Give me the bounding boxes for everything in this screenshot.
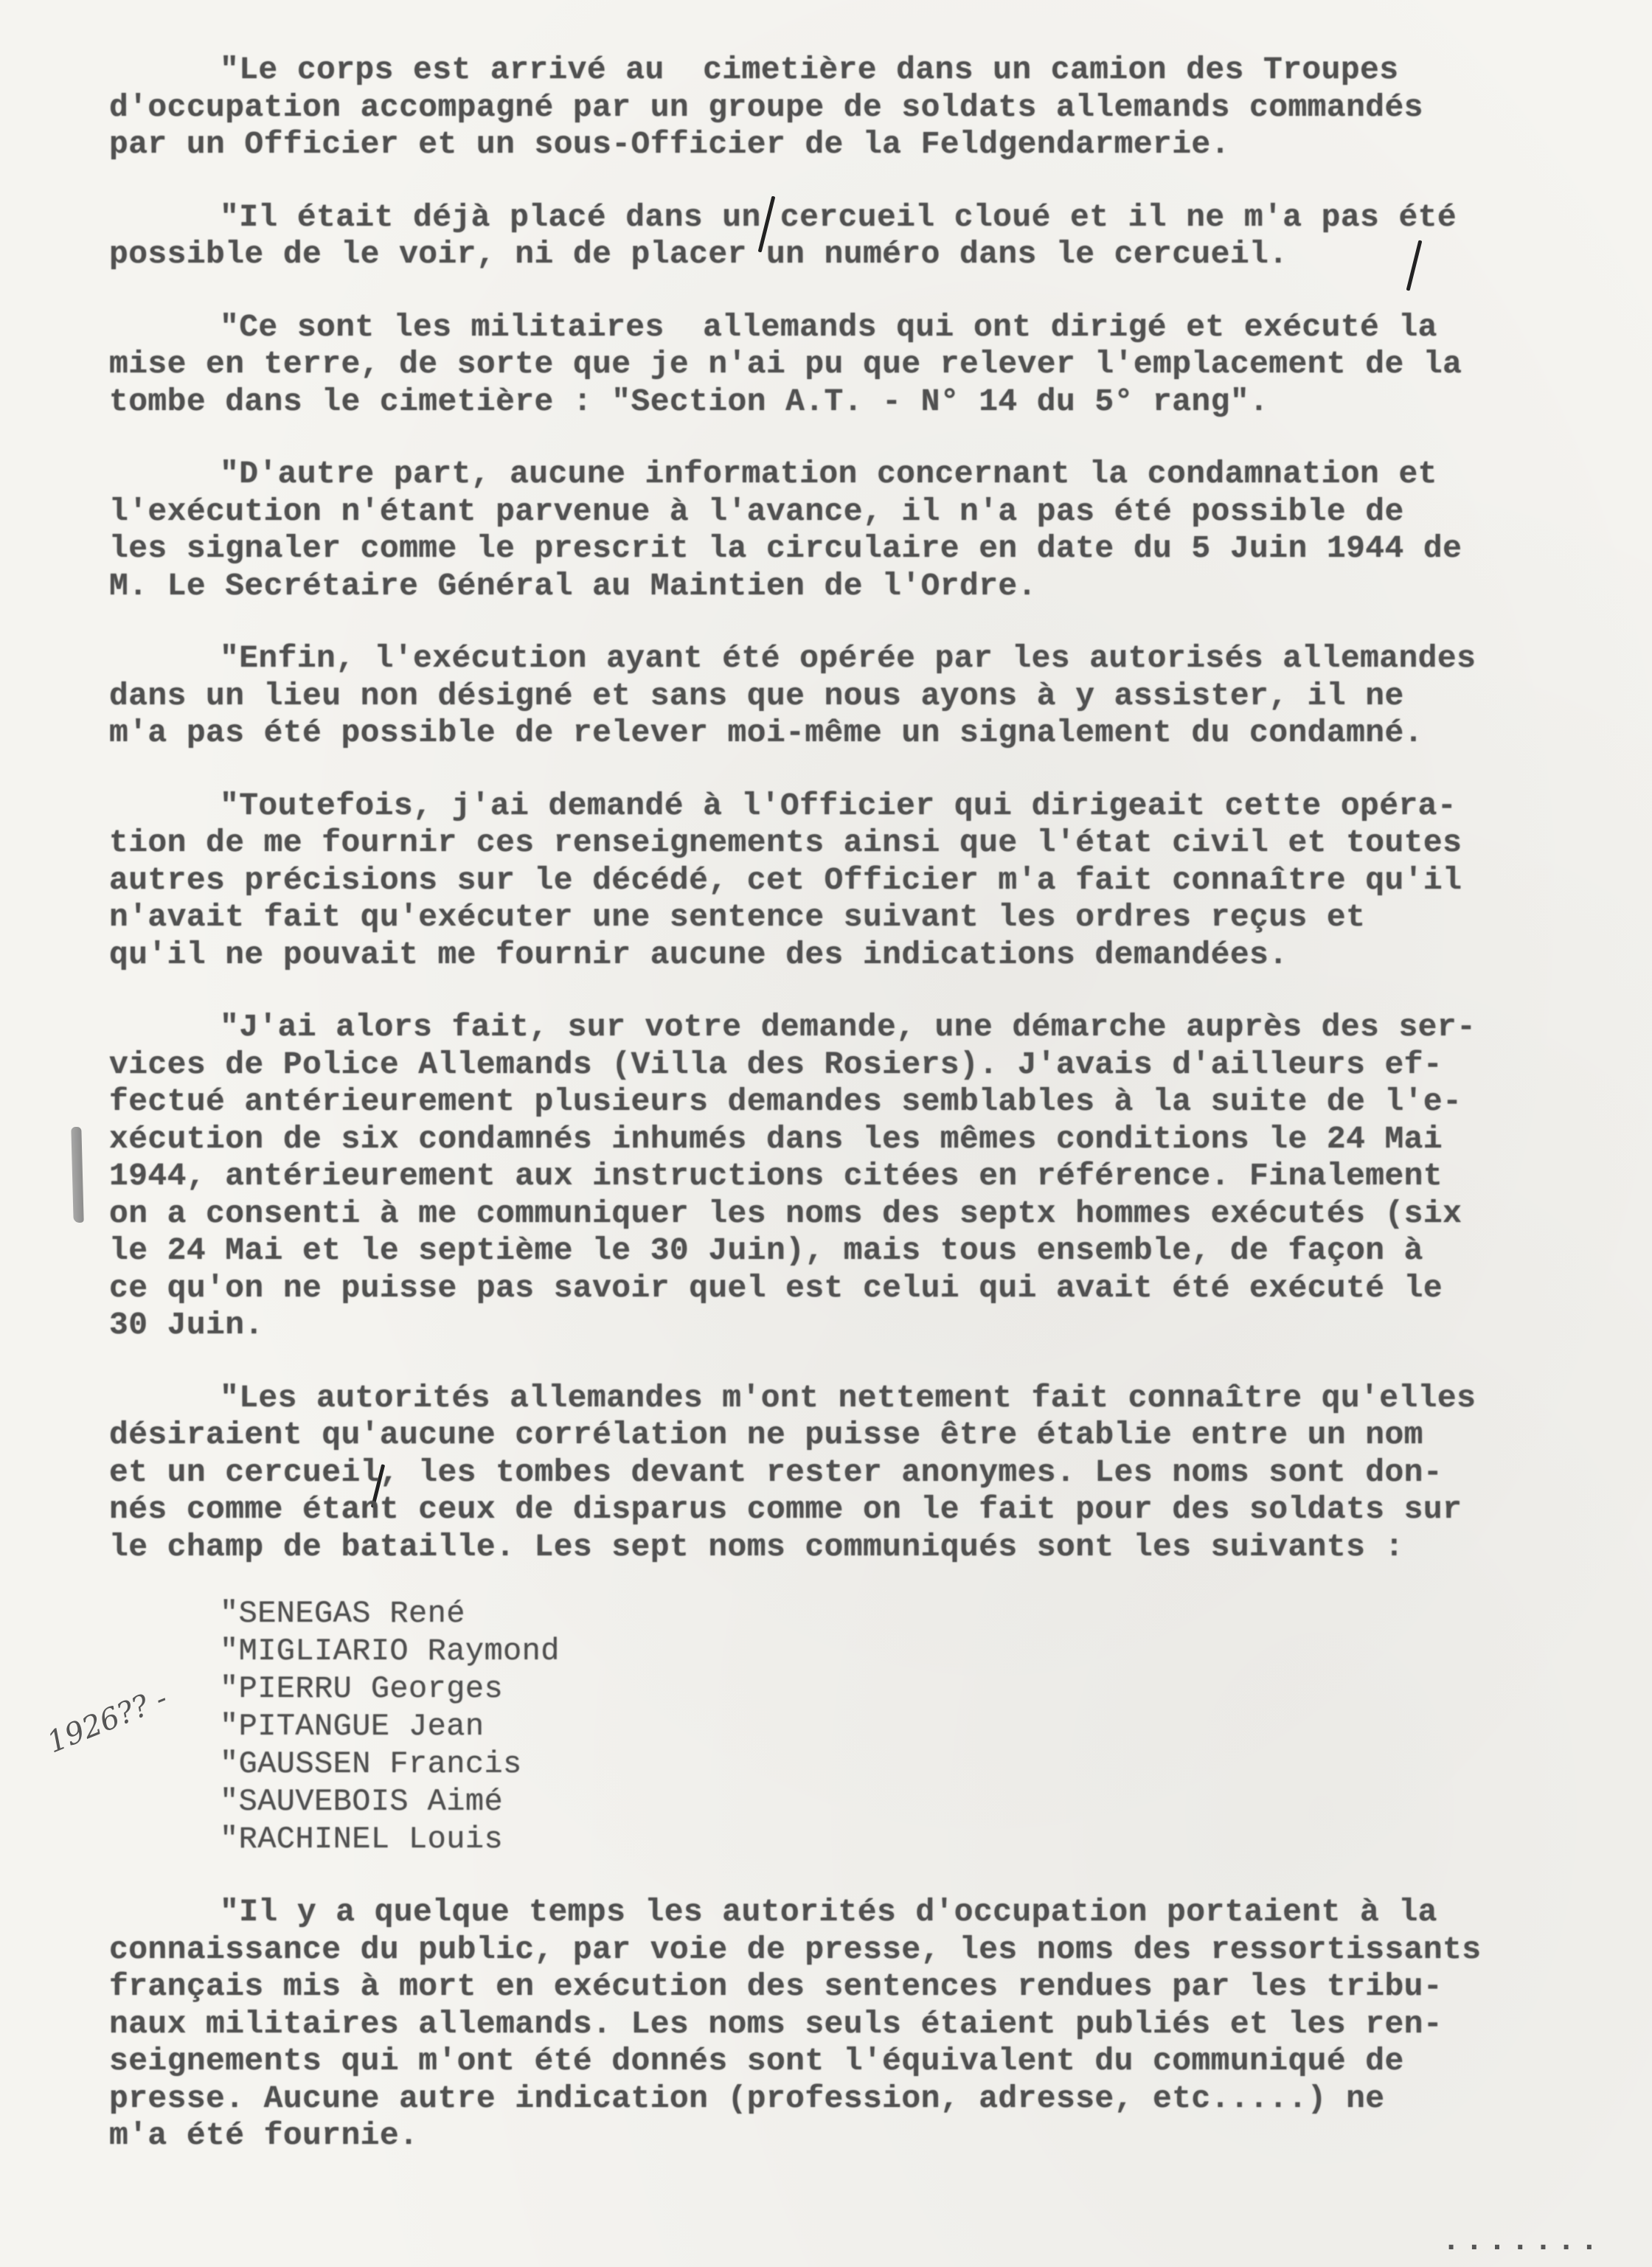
text-line: mise en terre, de sorte que je n'ai pu q… — [109, 346, 1652, 383]
paragraph-police-request: "J'ai alors fait, sur votre demande, une… — [109, 1009, 1652, 1344]
paragraph-coffin: "Il était déjà placé dans un cercueil cl… — [109, 199, 1652, 274]
text-line: "D'autre part, aucune information concer… — [109, 456, 1652, 493]
text-line: l'exécution n'étant parvenue à l'avance,… — [109, 493, 1652, 531]
text-line: autres précisions sur le décédé, cet Off… — [109, 862, 1652, 900]
document-body: "Le corps est arrivé au cimetière dans u… — [109, 52, 1652, 2190]
text-line: "Il y a quelque temps les autorités d'oc… — [109, 1894, 1652, 1931]
name-entry: "GAUSSEN Francis — [220, 1746, 1652, 1783]
text-line: m'a pas été possible de relever moi-même… — [109, 715, 1652, 752]
text-line: presse. Aucune autre indication (profess… — [109, 2080, 1652, 2118]
text-line: et un cercueil, les tombes devant rester… — [109, 1454, 1652, 1492]
text-line: "Les autorités allemandes m'ont nettemen… — [109, 1380, 1652, 1417]
name-entry: "PITANGUE Jean — [220, 1708, 1652, 1746]
text-line: 30 Juin. — [109, 1307, 1652, 1344]
text-line: qu'il ne pouvait me fournir aucune des i… — [109, 937, 1652, 974]
text-line: français mis à mort en exécution des sen… — [109, 1968, 1652, 2006]
paragraph-officer-request: "Toutefois, j'ai demandé à l'Officier qu… — [109, 788, 1652, 974]
text-line: n'avait fait qu'exécuter une sentence su… — [109, 899, 1652, 937]
text-line: fectué antérieurement plusieurs demandes… — [109, 1083, 1652, 1121]
text-line: nés comme étant ceux de disparus comme o… — [109, 1491, 1652, 1529]
text-line: "Enfin, l'exécution ayant été opérée par… — [109, 640, 1652, 678]
text-line: tion de me fournir ces renseignements ai… — [109, 824, 1652, 862]
text-line: m'a été fournie. — [109, 2117, 1652, 2155]
name-entry: "SENEGAS René — [220, 1595, 1652, 1633]
text-line: le 24 Mai et le septième le 30 Juin), ma… — [109, 1232, 1652, 1270]
text-line: tombe dans le cimetière : "Section A.T. … — [109, 383, 1652, 421]
text-line: "Ce sont les militaires allemands qui on… — [109, 309, 1652, 347]
text-line: ce qu'on ne puisse pas savoir quel est c… — [109, 1270, 1652, 1308]
text-line: "Il était déjà placé dans un cercueil cl… — [109, 199, 1652, 237]
paragraph-execution-location: "Enfin, l'exécution ayant été opérée par… — [109, 640, 1652, 752]
text-line: possible de le voir, ni de placer un num… — [109, 236, 1652, 274]
names-list: "SENEGAS René "MIGLIARIO Raymond "PIERRU… — [109, 1595, 1652, 1858]
text-line: les signaler comme le prescrit la circul… — [109, 530, 1652, 568]
text-line: "Le corps est arrivé au cimetière dans u… — [109, 52, 1652, 89]
paragraph-anonymous-graves: "Les autorités allemandes m'ont nettemen… — [109, 1380, 1652, 1566]
text-line: désiraient qu'aucune corrélation ne puis… — [109, 1417, 1652, 1454]
paragraph-arrival: "Le corps est arrivé au cimetière dans u… — [109, 52, 1652, 164]
name-entry: "SAUVEBOIS Aimé — [220, 1783, 1652, 1821]
text-line: seignements qui m'ont été donnés sont l'… — [109, 2043, 1652, 2080]
text-line: connaissance du public, par voie de pres… — [109, 1931, 1652, 1969]
text-line: d'occupation accompagné par un groupe de… — [109, 89, 1652, 127]
text-line: on a consenti à me communiquer les noms … — [109, 1195, 1652, 1233]
text-line: par un Officier et un sous-Officier de l… — [109, 126, 1652, 164]
name-entry: "PIERRU Georges — [220, 1670, 1652, 1708]
text-line: "Toutefois, j'ai demandé à l'Officier qu… — [109, 788, 1652, 825]
text-line: 1944, antérieurement aux instructions ci… — [109, 1158, 1652, 1195]
text-line: xécution de six condamnés inhumés dans l… — [109, 1121, 1652, 1159]
name-entry: "RACHINEL Louis — [220, 1821, 1652, 1858]
continuation-marker: ....... — [1442, 2223, 1603, 2259]
paragraph-press-publication: "Il y a quelque temps les autorités d'oc… — [109, 1894, 1652, 2155]
paragraph-no-information: "D'autre part, aucune information concer… — [109, 456, 1652, 605]
name-entry: "MIGLIARIO Raymond — [220, 1633, 1652, 1670]
text-line: M. Le Secrétaire Général au Maintien de … — [109, 568, 1652, 605]
text-line: "J'ai alors fait, sur votre demande, une… — [109, 1009, 1652, 1046]
text-line: naux militaires allemands. Les noms seul… — [109, 2006, 1652, 2044]
text-line: dans un lieu non désigné et sans que nou… — [109, 678, 1652, 715]
paragraph-burial: "Ce sont les militaires allemands qui on… — [109, 309, 1652, 421]
text-line: le champ de bataille. Les sept noms comm… — [109, 1529, 1652, 1566]
text-line: vices de Police Allemands (Villa des Ros… — [109, 1046, 1652, 1084]
